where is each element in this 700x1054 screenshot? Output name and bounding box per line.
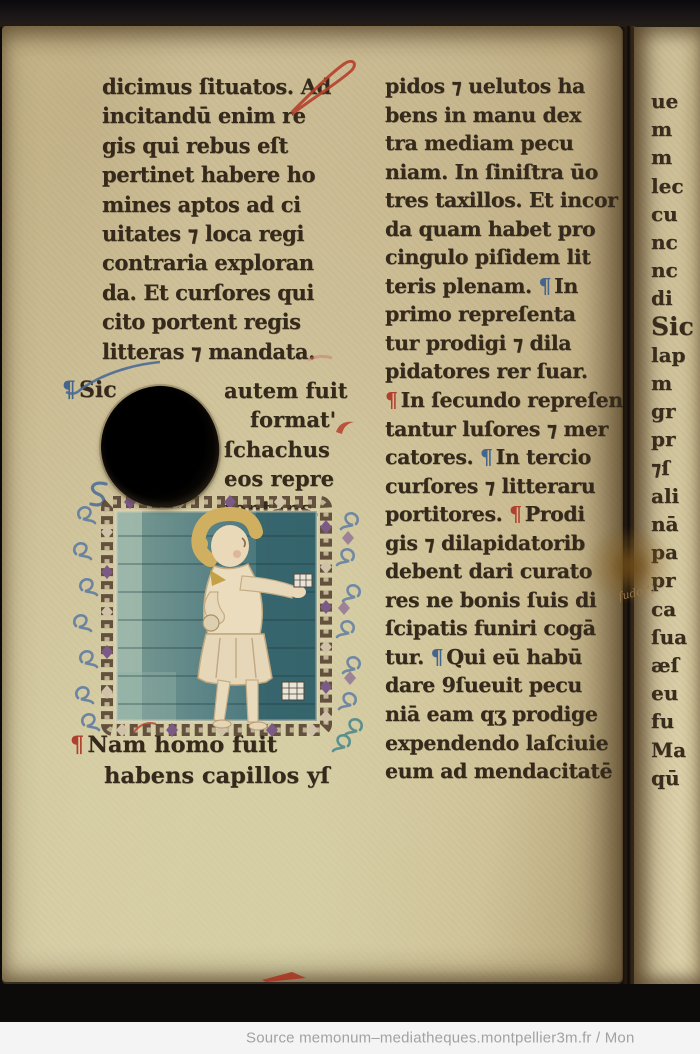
viewer-stage: dicimus ſituatos. Ad incitandū enim re g… [0,0,700,1054]
text-line: m [651,143,694,171]
text-line: da quam habet pro [385,215,623,244]
text-line: nc [651,256,694,284]
facing-page-edge: ue m m lec cu nc nc di Sic lap m gr [634,27,700,984]
text-line: m [651,369,694,397]
text-line: gr [651,397,694,425]
text-line: teris plenam. ¶In [385,272,623,301]
chessboard-lower [282,682,304,700]
text-line: res ne bonis ſuis di [385,586,623,615]
text-line: tur prodigi ⁊ dila [385,329,623,358]
text-line: catores. ¶In tercio [385,443,623,472]
text-line: litteras ⁊ mandata. [102,337,334,366]
miniature-scene [116,511,317,730]
text-line: primo repreſenta [385,300,623,329]
text-line: pidatores rer ſuar. [385,357,623,386]
text-line: eu [651,679,694,707]
text-line: curſores ⁊ litteraru [385,472,623,501]
text-line: lec [651,172,694,200]
facing-page-text-fragments: ue m m lec cu nc nc di Sic lap m gr [651,87,694,792]
text-line: ſua [651,623,694,651]
text-line: tantur luſores ⁊ mer [385,415,623,444]
text-line: Sic [651,313,694,341]
text-line: autem fuit [224,376,350,405]
text-line: ¶In ſecundo repreſen [385,386,623,415]
text-line: ca [651,595,694,623]
source-attribution-bar: Source memonum–mediatheques.montpellier3… [0,1022,700,1054]
margin-penwork-right [333,513,362,751]
text-column-right: pidos ⁊ uelutos ha bens in manu dex tra … [385,72,623,786]
text-line: tra mediam pecu [385,129,623,158]
text-line: ue [651,87,694,115]
chessboard-in-hand [294,574,312,587]
text-line: m [651,115,694,143]
text-line: expendendo laſciuie [385,729,623,758]
text-line: dicimus ſituatos. Ad [102,72,334,101]
book-gutter [621,26,635,984]
text-column-left: dicimus ſituatos. Ad incitandū enim re g… [102,72,334,366]
text-line: ⁊ſ [651,454,694,482]
text-line: æſ [651,651,694,679]
text-line: cu [651,200,694,228]
manuscript-left-page: dicimus ſituatos. Ad incitandū enim re g… [2,26,623,982]
text-line: tres taxillos. Et incor [385,186,623,215]
text-line: cingulo piſidem lit [385,243,623,272]
text-line: Ma [651,736,694,764]
text-line: ſcipatis funiri cogā [385,614,623,643]
text-line: format' [224,405,350,434]
text-line: portitores. ¶Prodi [385,500,623,529]
source-attribution-text: Source memonum–mediatheques.montpellier3… [246,1030,635,1047]
text-line: gis qui rebus eſt [102,131,334,160]
text-line: eum ad mendacitatē [385,757,623,786]
text-line: pertinet habere ho [102,160,334,189]
ink-stain-core [610,546,652,588]
text-line: pidos ⁊ uelutos ha [385,72,623,101]
text-line: niam. In ſiniſtra ūo [385,158,623,187]
text-line: uitates ⁊ loca regi [102,219,334,248]
text-line: ¶Sic [62,376,117,405]
sic-paragraph-start: ¶Sic [62,376,117,405]
text-line: niā eam qʒ prodige [385,700,623,729]
text-line: incitandū enim re [102,101,334,130]
book-spine-top [0,0,700,27]
text-line: mines aptos ad ci [102,190,334,219]
text-line: dare 9ſueuit pecu [385,671,623,700]
text-line: contraria exploran [102,248,334,277]
text-line: tur. ¶Qui eū habū [385,643,623,672]
text-line: cito portent regis [102,307,334,336]
text-line: lap [651,341,694,369]
text-line: fu [651,707,694,735]
text-line: ali [651,482,694,510]
text-line: bens in manu dex [385,101,623,130]
text-line: di [651,284,694,312]
text-line: ſchachus [224,435,350,464]
text-line: da. Et curſores qui [102,278,334,307]
text-line: pr [651,425,694,453]
text-line: qū [651,764,694,792]
miniature-illustration [60,472,372,784]
text-line: nc [651,228,694,256]
